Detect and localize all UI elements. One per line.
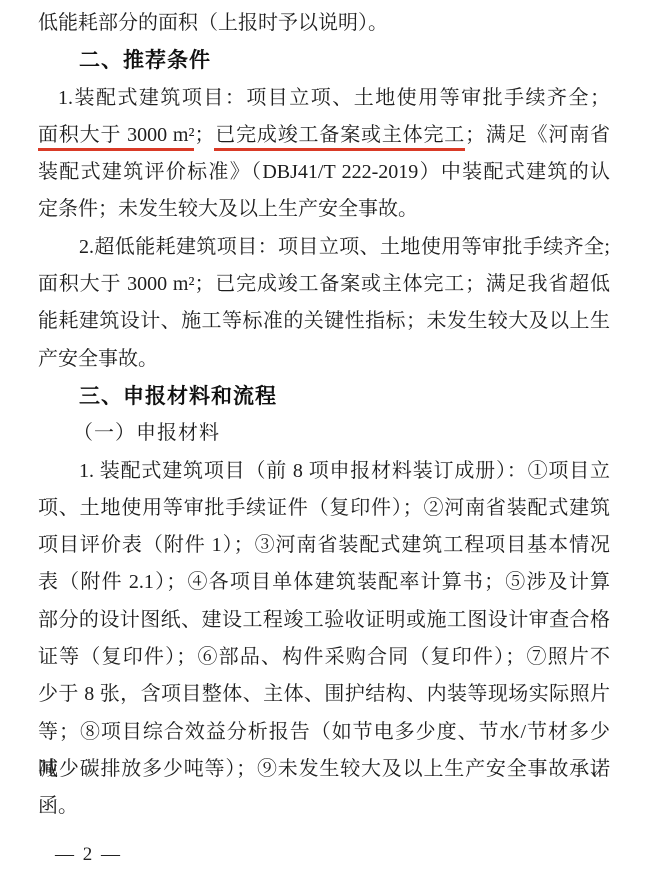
body-line: 函。 [38,788,610,825]
body-line: 表（附件 2.1）；④各项目单体建筑装配率计算书；⑤涉及计算 [38,564,610,601]
body-line: 减少碳排放多少吨等）；⑨未发生较大及以上生产安全事故承诺 [38,751,610,788]
line-segment: ； [194,124,214,146]
body-line: 证等（复印件）；⑥部品、构件采购合同（复印件）；⑦照片不 [38,639,610,676]
document-body: 低能耗部分的面积（上报时予以说明）。 二、推荐条件 1.装配式建筑项目：项目立项… [38,5,610,826]
body-line: 低能耗部分的面积（上报时予以说明）。 [38,5,610,42]
body-line: 等；⑧项目综合效益分析报告（如节电多少度、节水/节材多少吨、 [38,714,610,751]
body-line: 项、土地使用等审批手续证件（复印件）；②河南省装配式建筑 [38,490,610,527]
body-line: 面积大于 3000 m²；已完成竣工备案或主体完工；满足我省超低 [38,266,610,303]
body-line: 能耗建筑设计、施工等标准的关键性指标；未发生较大及以上生 [38,303,610,340]
body-line-with-underlines: 面积大于 3000 m²；已完成竣工备案或主体完工；满足《河南省 [38,117,610,154]
subsection-heading-application-materials: （一）申报材料 [38,415,610,452]
section-heading-application-materials-process: 三、申报材料和流程 [38,378,610,415]
body-line: 产安全事故。 [38,341,610,378]
line-segment: ；满足《河南省 [465,124,610,146]
body-line: 项目评价表（附件 1）；③河南省装配式建筑工程项目基本情况 [38,527,610,564]
body-line: 定条件；未发生较大及以上生产安全事故。 [38,191,610,228]
body-line: 装配式建筑评价标准》（DBJ41/T 222-2019）中装配式建筑的认 [38,154,610,191]
body-line: 少于 8 张，含项目整体、主体、围护结构、内装等现场实际照片 [38,676,610,713]
section-heading-recommendation-conditions: 二、推荐条件 [38,42,610,79]
underlined-phrase-completion: 已完成竣工备案或主体完工 [214,124,465,151]
body-line: 1. 装配式建筑项目（前 8 项申报材料装订成册）：①项目立 [38,453,610,490]
page-number: — 2 — [55,844,122,866]
document-page: 低能耗部分的面积（上报时予以说明）。 二、推荐条件 1.装配式建筑项目：项目立项… [0,0,648,876]
underlined-phrase-area: 面积大于 3000 m² [38,124,194,151]
body-line: 部分的设计图纸、建设工程竣工验收证明或施工图设计审查合格 [38,602,610,639]
body-line: 1.装配式建筑项目：项目立项、土地使用等审批手续齐全； [38,80,610,117]
body-line: 2.超低能耗建筑项目：项目立项、土地使用等审批手续齐全; [38,229,610,266]
